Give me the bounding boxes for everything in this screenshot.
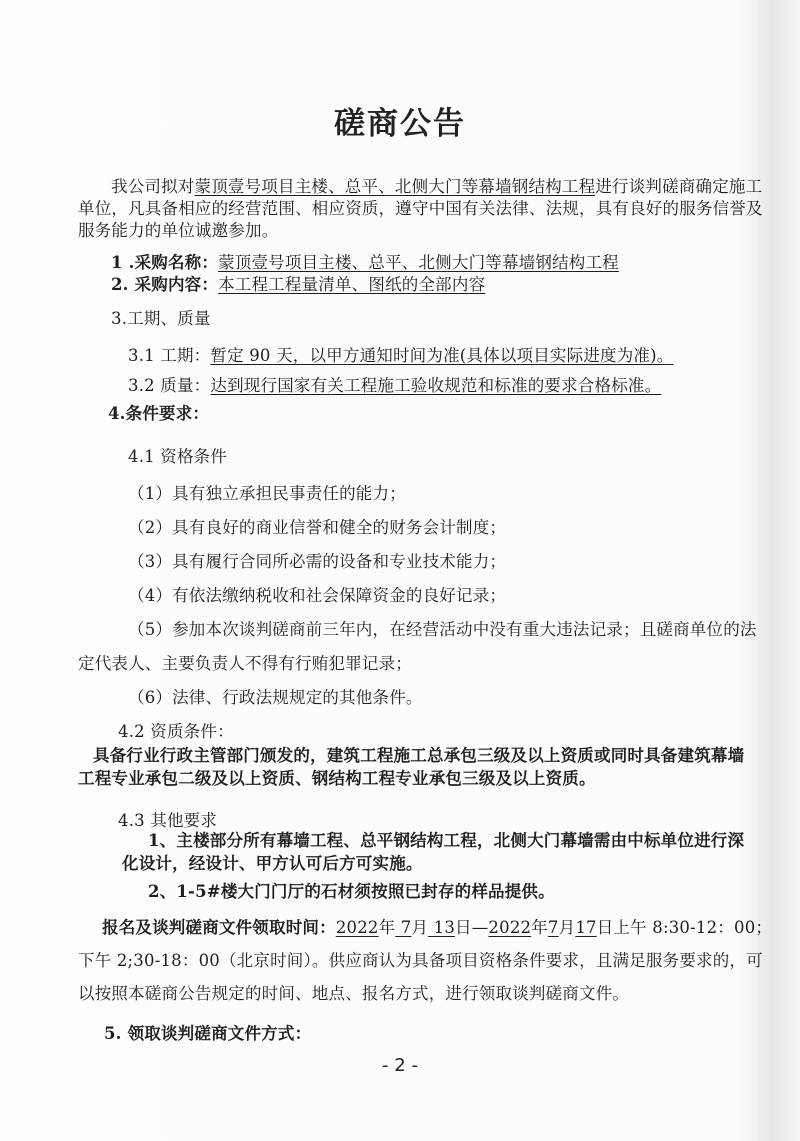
month-char: 月 xyxy=(411,918,428,937)
qualification-item-3: （3）具有履行合同所必需的设备和专业技术能力； xyxy=(128,551,506,573)
qualification-item-5-cont: 定代表人、主要负责人不得有行贿犯罪记录； xyxy=(78,653,412,675)
quality-label: 3.2 质量： xyxy=(128,376,210,395)
other-requirement-2: 2、1-5#楼大门门厅的石材须按照已封存的样品提供。 xyxy=(148,881,555,903)
qualification-item-6: （6）法律、行政法规规定的其他条件。 xyxy=(128,687,423,709)
end-day: 17 xyxy=(575,918,596,937)
other-requirement-1-line-2: 化设计，经设计、甲方认可后方可实施。 xyxy=(122,853,423,875)
section-4-2-line-1: 具备行业行政主管部门颁发的，建筑工程施工总承包三级及以上资质或同时具备建筑幕墙 xyxy=(93,745,744,767)
qualification-item-5: （5）参加本次谈判磋商前三年内，在经营活动中没有重大违法记录；且磋商单位的法 xyxy=(128,619,757,641)
qualification-item-4: （4）有依法缴纳税收和社会保障资金的良好记录； xyxy=(128,585,506,607)
section-2-procurement-content: 2. 采购内容：本工程工程量清单、图纸的全部内容 xyxy=(111,274,485,296)
section-5-heading: 5. 领取谈判磋商文件方式： xyxy=(104,1023,311,1045)
registration-time-line-3: 以按照本磋商公告规定的时间、地点、报名方式，进行领取谈判磋商文件。 xyxy=(78,983,629,1005)
start-day: 13 xyxy=(428,918,455,937)
day-char: 日— xyxy=(455,918,488,937)
period-label: 3.1 工期： xyxy=(128,346,210,365)
section-1-label: 1 .采购名称： xyxy=(111,253,218,272)
end-year: 2022 xyxy=(488,918,531,937)
qualification-item-2: （2）具有良好的商业信誉和健全的财务会计制度； xyxy=(128,517,506,539)
start-year: 2022 xyxy=(336,918,379,937)
quality-value: 达到现行国家有关工程施工验收规范和标准的要求合格标准。 xyxy=(210,376,661,395)
intro-prefix: 我公司拟对 xyxy=(111,177,195,196)
section-3-heading: 3.工期、质量 xyxy=(111,308,211,330)
other-requirement-1-line-1: 1、主楼部分所有幕墙工程、总平钢结构工程，北侧大门幕墙需由中标单位进行深 xyxy=(148,830,744,852)
section-1-procurement-name: 1 .采购名称：蒙顶壹号项目主楼、总平、北侧大门等幕墙钢结构工程 xyxy=(111,252,619,274)
section-4-2-heading: 4.2 资质条件： xyxy=(118,721,234,743)
intro-line-1: 我公司拟对蒙顶壹号项目主楼、总平、北侧大门等幕墙钢结构工程进行谈判磋商确定施工 xyxy=(111,176,762,198)
month-char-2: 月 xyxy=(559,918,576,937)
intro-project-name: 蒙顶壹号项目主楼、总平、北侧大门等幕墙钢结构工程 xyxy=(195,177,596,196)
year-char: 年 xyxy=(379,918,396,937)
intro-suffix: 进行谈判磋商确定施工 xyxy=(595,177,762,196)
section-3-1-period: 3.1 工期：暂定 90 天，以甲方通知时间为准(具体以项目实际进度为准)。 xyxy=(128,345,673,367)
section-4-2-line-2: 工程专业承包二级及以上资质、钢结构工程专业承包三级及以上资质。 xyxy=(78,768,596,790)
year-char-2: 年 xyxy=(531,918,548,937)
end-month: 7 xyxy=(548,918,559,937)
section-4-heading: 4.条件要求： xyxy=(108,403,209,425)
document-title: 磋商公告 xyxy=(0,98,800,143)
qualification-item-1: （1）具有独立承担民事责任的能力； xyxy=(128,483,406,505)
registration-label: 报名及谈判磋商文件领取时间： xyxy=(102,918,336,937)
intro-line-2: 单位，凡具备相应的经营范围、相应资质，遵守中国有关法律、法规，具有良好的服务信誉… xyxy=(78,198,763,220)
section-1-value: 蒙顶壹号项目主楼、总平、北侧大门等幕墙钢结构工程 xyxy=(218,253,619,272)
period-value: 暂定 90 天，以甲方通知时间为准(具体以项目实际进度为准)。 xyxy=(210,346,673,365)
page-number: - 2 - xyxy=(0,1055,800,1076)
section-3-2-quality: 3.2 质量：达到现行国家有关工程施工验收规范和标准的要求合格标准。 xyxy=(128,375,661,397)
document-page: 磋商公告 我公司拟对蒙顶壹号项目主楼、总平、北侧大门等幕墙钢结构工程进行谈判磋商… xyxy=(0,0,800,1141)
registration-time-line-1: 报名及谈判磋商文件领取时间：2022年 7月 13日—2022年7月17日上午 … xyxy=(102,917,772,939)
registration-time-line-2: 下午 2;30-18：00（北京时间）。供应商认为具备项目资格条件要求，且满足服… xyxy=(78,950,763,972)
section-4-3-heading: 4.3 其他要求 xyxy=(118,810,217,832)
start-month: 7 xyxy=(395,918,411,937)
end-day-time: 日上午 8:30-12：00； xyxy=(597,918,772,937)
intro-line-3: 服务能力的单位诚邀参加。 xyxy=(78,220,278,242)
section-2-label: 2. 采购内容： xyxy=(111,275,218,294)
section-2-value: 本工程工程量清单、图纸的全部内容 xyxy=(218,275,485,294)
section-4-1-heading: 4.1 资格条件 xyxy=(128,446,227,468)
